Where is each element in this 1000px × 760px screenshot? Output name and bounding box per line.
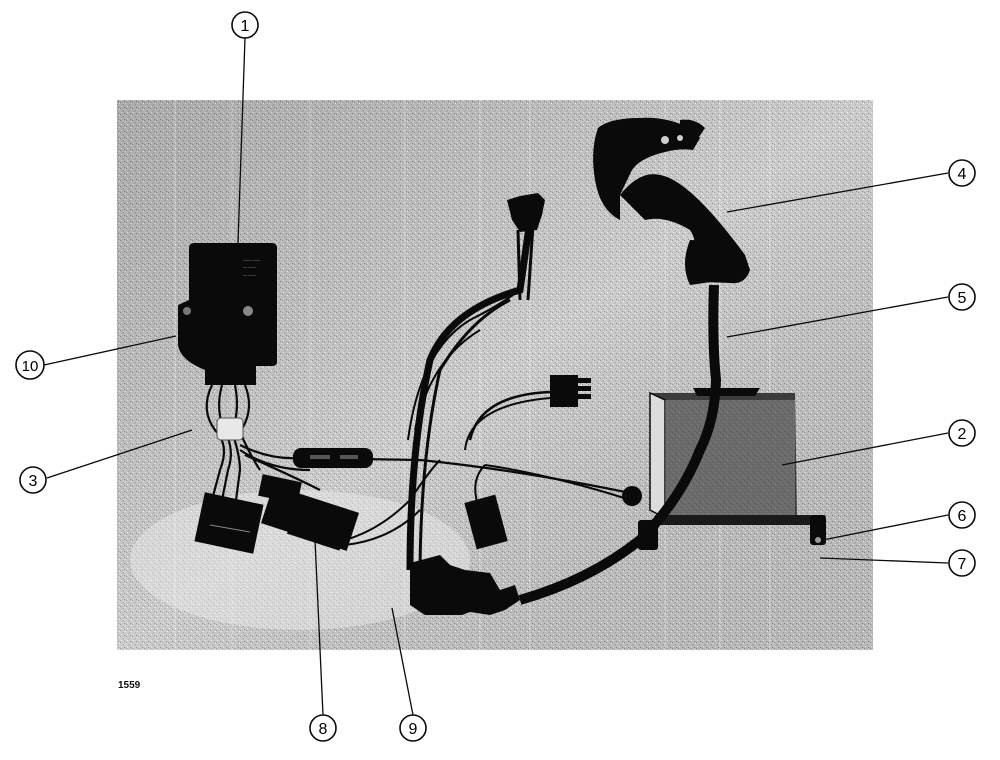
callout-10: 10	[16, 351, 44, 379]
terminal-block: —— —— — —— — ——	[178, 243, 277, 385]
callout-9: 9	[400, 715, 426, 741]
svg-text:— ——: — ——	[243, 272, 256, 277]
callout-1: 1	[232, 12, 258, 38]
figure-number: 1559	[118, 680, 140, 691]
svg-text:6: 6	[958, 508, 967, 525]
harness-tie	[217, 418, 243, 440]
callout-8: 8	[310, 715, 336, 741]
svg-text:8: 8	[319, 721, 328, 738]
svg-text:9: 9	[409, 721, 418, 738]
inline-fuse	[293, 448, 373, 468]
callout-2: 2	[949, 420, 975, 446]
figure-illustration: —— —— — —— — ——	[0, 0, 1000, 760]
callout-7: 7	[949, 550, 975, 576]
callout-5: 5	[949, 284, 975, 310]
svg-text:4: 4	[958, 166, 967, 183]
svg-text:3: 3	[29, 473, 38, 490]
callout-4: 4	[949, 160, 975, 186]
svg-text:2: 2	[958, 426, 967, 443]
svg-text:—— ——: —— ——	[243, 257, 260, 262]
svg-text:10: 10	[22, 358, 39, 375]
callout-6: 6	[949, 502, 975, 528]
svg-text:7: 7	[958, 556, 967, 573]
svg-text:5: 5	[958, 290, 967, 307]
svg-text:— ——: — ——	[243, 264, 256, 269]
callout-3: 3	[20, 467, 46, 493]
svg-text:1: 1	[241, 18, 250, 35]
